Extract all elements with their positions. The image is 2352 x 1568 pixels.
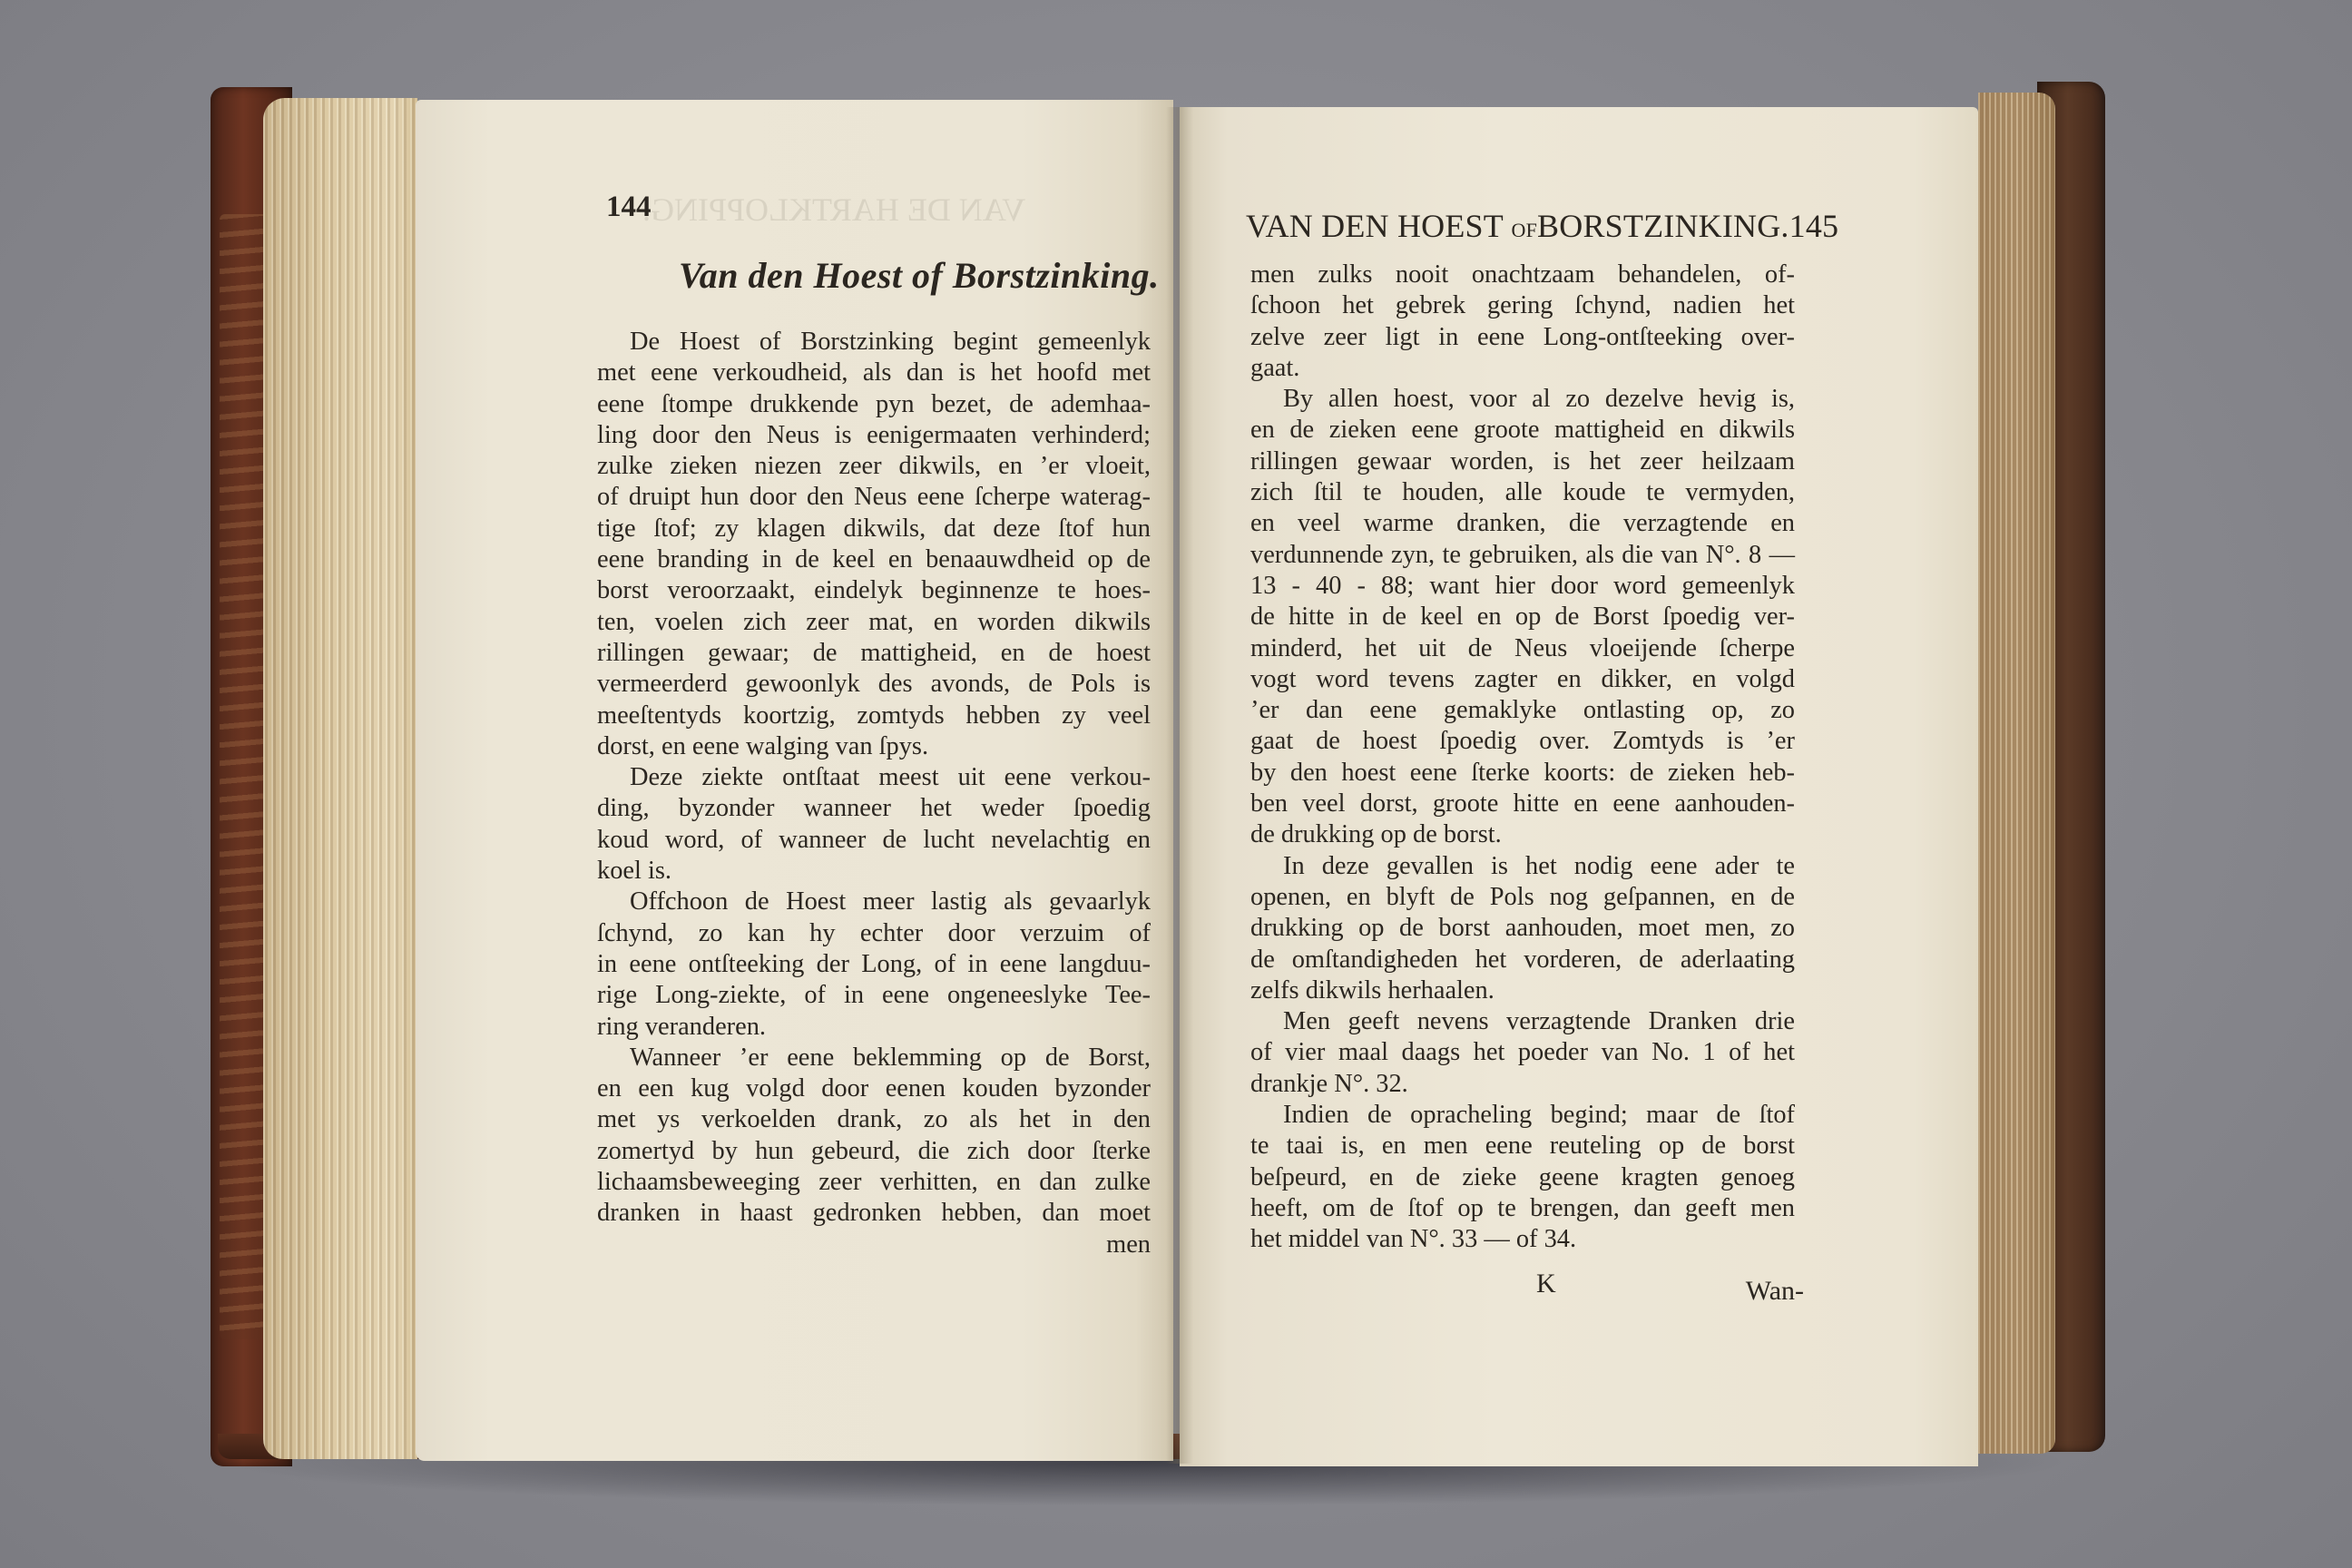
text-line: met ys verkoelden drank, zo als het in d…	[597, 1104, 1151, 1135]
text-line: ten, voelen zich zeer mat, en worden dik…	[597, 607, 1151, 638]
text-line: beſpeurd, en de zieke geene kragten geno…	[1250, 1162, 1795, 1193]
text-line: 13 - 40 - 88; want hier door word gemeen…	[1250, 571, 1795, 602]
text-line: en de zieken eene groote mattigheid en d…	[1250, 415, 1795, 446]
running-head: VAN DEN HOEST OFBORSTZINKING. 145	[1246, 207, 1804, 245]
text-line: ding, byzonder wanneer het weder ſpoedig	[597, 793, 1151, 824]
text-line: zelve zeer ligt in eene Long-ontſteeking…	[1250, 322, 1795, 353]
text-line: of druipt hun door den Neus eene ſcherpe…	[597, 482, 1151, 513]
book-gutter	[1166, 107, 1193, 1464]
text-line: gaat.	[1250, 353, 1795, 384]
text-line: verdunnende zyn, te gebruiken, als die v…	[1250, 540, 1795, 571]
running-head-title: VAN DEN HOEST OFBORSTZINKING.	[1246, 207, 1789, 245]
catchword-left: men	[597, 1230, 1151, 1260]
text-line: openen, en blyft de Pols nog geſpannen, …	[1250, 882, 1795, 913]
text-line: zich ſtil te houden, alle koude te vermy…	[1250, 477, 1795, 508]
running-head-small: OF	[1512, 219, 1538, 241]
text-line: zomertyd by hun gebeurd, die zich door ſ…	[597, 1136, 1151, 1167]
text-line: ’er dan eene gemaklyke ontlasting op, zo	[1250, 695, 1795, 726]
text-line: de drukking op de borst.	[1250, 819, 1795, 850]
left-page-block-edges	[263, 98, 417, 1459]
left-page: VAN DE HARTKLOPPING. 144 Van den Hoest o…	[416, 100, 1173, 1461]
text-line: de hitte in de keel en op de Borst ſpoed…	[1250, 602, 1795, 632]
text-line: Men geeft nevens verzagtende Dranken dri…	[1250, 1006, 1795, 1037]
text-line: in eene ontſteeking der Long, of in eene…	[597, 949, 1151, 980]
page-number-left: 144	[606, 191, 652, 224]
text-line: meeſtentyds koortzig, zomtyds hebben zy …	[597, 701, 1151, 731]
text-line: heeft, om de ſtof op te brengen, dan gee…	[1250, 1193, 1795, 1224]
text-line: Offchoon de Hoest meer lastig als gevaar…	[597, 887, 1151, 917]
text-line: zelfs dikwils herhaalen.	[1250, 975, 1795, 1006]
text-line: de omſtandigheden het vorderen, de aderl…	[1250, 945, 1795, 975]
text-line: Wanneer ’er eene beklemming op de Borst,	[597, 1043, 1151, 1073]
text-line: drukking op de borst aanhouden, moet men…	[1250, 913, 1795, 944]
text-line: De Hoest of Borstzinking begint gemeenly…	[597, 327, 1151, 358]
text-line: ben veel dorst, groote hitte en eene aan…	[1250, 789, 1795, 819]
text-line: tige ſtof; zy klagen dikwils, dat deze ſ…	[597, 514, 1151, 544]
text-line: Indien de opracheling begind; maar de ſt…	[1250, 1100, 1795, 1131]
right-page-block-edges	[1978, 93, 2055, 1454]
page-footer: K Wan-	[1250, 1269, 1804, 1305]
text-line: zulke zieken niezen zeer dikwils, en ’er…	[597, 451, 1151, 482]
text-line: het middel van N°. 33 — of 34.	[1250, 1224, 1795, 1255]
page-number-right: 145	[1789, 207, 1839, 245]
text-line: of vier maal daags het poeder van No. 1 …	[1250, 1037, 1795, 1068]
running-head-end: BORSTZINKING.	[1537, 208, 1789, 244]
running-head-main: VAN DEN HOEST	[1246, 208, 1503, 244]
text-line: koel is.	[597, 856, 1151, 887]
show-through-heading: VAN DE HARTKLOPPING.	[642, 191, 1025, 229]
text-line: lichaamsbeweeging zeer verhitten, en dan…	[597, 1167, 1151, 1198]
text-line: men zulks nooit onachtzaam behandelen, o…	[1250, 260, 1795, 290]
text-line: rillingen gewaar worden, is het zeer hei…	[1250, 446, 1795, 477]
catchword-right: Wan-	[1746, 1276, 1804, 1307]
text-line: en veel warme dranken, die verzagtende e…	[1250, 508, 1795, 539]
text-line: vogt word tevens zagter en dikker, en vo…	[1250, 664, 1795, 695]
text-line: eene ſtompe drukkende pyn bezet, de adem…	[597, 389, 1151, 420]
text-line: rige Long-ziekte, of in eene ongeneeslyk…	[597, 980, 1151, 1011]
text-line: koud word, of wanneer de lucht nevelacht…	[597, 825, 1151, 856]
text-line: By allen hoest, voor al zo dezelve hevig…	[1250, 384, 1795, 415]
right-page: VAN DEN HOEST OFBORSTZINKING. 145 men zu…	[1180, 107, 1978, 1466]
text-line: vermeerderd gewoonlyk des avonds, de Pol…	[597, 669, 1151, 700]
text-line: te taai is, en men eene reuteling op de …	[1250, 1131, 1795, 1161]
text-line: rillingen gewaar; de mattigheid, en de h…	[597, 638, 1151, 669]
text-line: met eene verkoudheid, als dan is het hoo…	[597, 358, 1151, 388]
text-line: ring veranderen.	[597, 1012, 1151, 1043]
chapter-title: Van den Hoest of Borstzinking.	[679, 254, 1160, 297]
text-line: eene branding in de keel en benaauwdheid…	[597, 544, 1151, 575]
text-line: borst veroorzaakt, eindelyk beginnenze t…	[597, 575, 1151, 606]
text-line: dorst, en eene walging van ſpys.	[597, 731, 1151, 762]
text-line: In deze gevallen is het nodig eene ader …	[1250, 851, 1795, 882]
text-line: en een kug volgd door eenen kouden byzon…	[597, 1073, 1151, 1104]
signature-mark: K	[1536, 1269, 1556, 1299]
text-line: gaat de hoest ſpoedig over. Zomtyds is ’…	[1250, 726, 1795, 757]
text-line: by den hoest eene ſterke koorts: de ziek…	[1250, 758, 1795, 789]
text-line: minderd, het uit de Neus vloeijende ſche…	[1250, 633, 1795, 664]
text-line: drankje N°. 32.	[1250, 1069, 1795, 1100]
text-line: ling door den Neus is eenigermaaten verh…	[597, 420, 1151, 451]
text-line: Deze ziekte ontſtaat meest uit eene verk…	[597, 762, 1151, 793]
text-line: ſchynd, zo kan hy echter door verzuim of	[597, 918, 1151, 949]
right-page-body: men zulks nooit onachtzaam behandelen, o…	[1250, 260, 1795, 1256]
text-line: dranken in haast gedronken hebben, dan m…	[597, 1198, 1151, 1229]
left-page-body: De Hoest of Borstzinking begint gemeenly…	[597, 327, 1151, 1260]
text-line: ſchoon het gebrek gering ſchynd, nadien …	[1250, 290, 1795, 321]
